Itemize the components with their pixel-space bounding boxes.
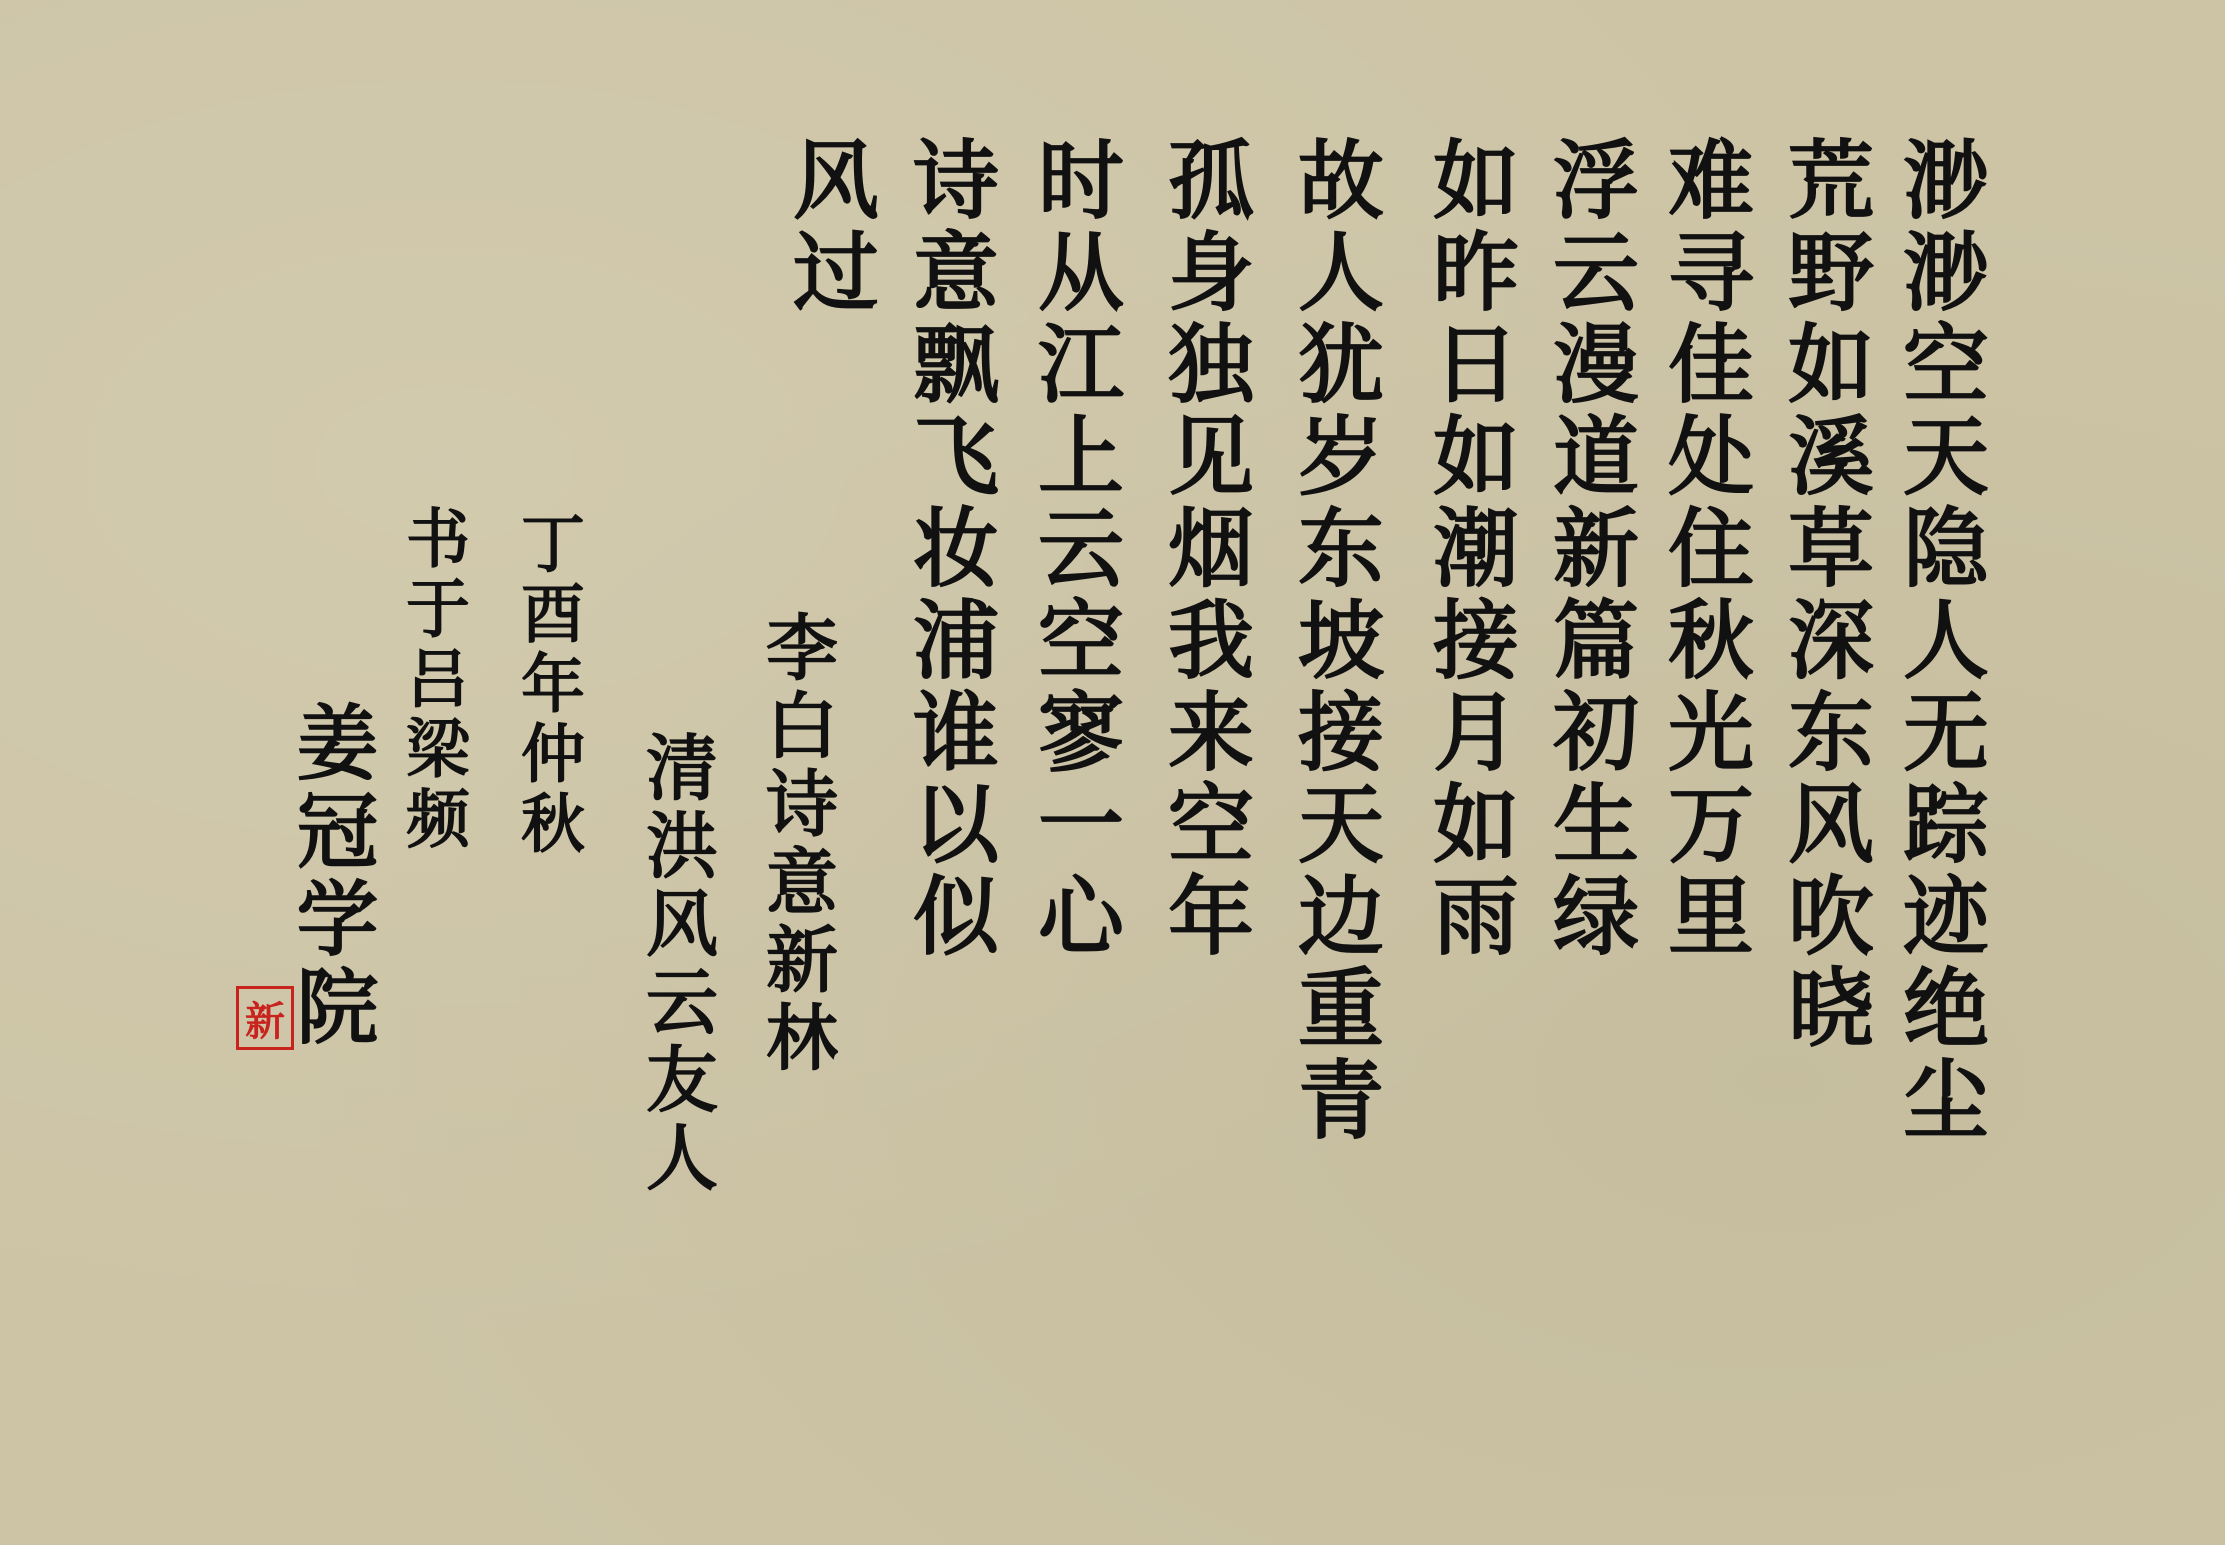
calligraphy-column-1: 渺渺空天隐人无踪迹绝尘	[1895, 135, 1981, 1147]
red-seal-stamp: 新	[236, 986, 294, 1050]
calligraphy-column-6: 故人犹岁东坡接天边重青	[1290, 135, 1376, 1147]
calligraphy-column-4: 浮云漫道新篇初生绿	[1545, 135, 1631, 963]
calligraphy-column-9: 诗意飘飞妆浦谁以似	[905, 135, 991, 963]
subtitle-column-1: 李白诗意新林	[760, 610, 832, 1078]
signature: 姜冠学院	[290, 700, 372, 1052]
calligraphy-column-3: 难寻佳处住秋光万里	[1660, 135, 1746, 963]
inscription-column-2: 书于吕梁频	[400, 505, 464, 855]
subtitle-column-2: 清洪风云友人	[640, 730, 712, 1198]
calligraphy-column-2: 荒野如溪草深东风吹晓	[1780, 135, 1866, 1055]
calligraphy-column-8: 时从江上云空寥一心	[1030, 135, 1116, 963]
inscription-column-1: 丁酉年仲秋	[515, 510, 579, 860]
calligraphy-column-7: 孤身独见烟我来空年	[1160, 135, 1246, 963]
calligraphy-column-10: 风过	[785, 135, 871, 319]
calligraphy-column-5: 如昨日如潮接月如雨	[1425, 135, 1511, 963]
